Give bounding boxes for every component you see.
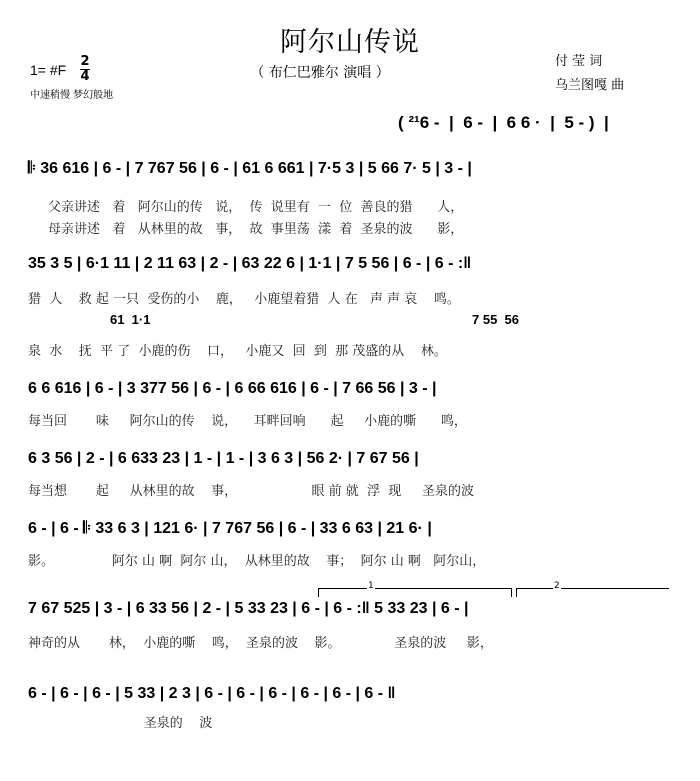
volta-bracket-2: 2	[516, 588, 669, 597]
notation-row-4: 6 3 56 | 2 - | 6 633 23 | 1 - | 1 - | 3 …	[28, 450, 676, 468]
lyrics-row-3: 每当回 味 阿尔山的传 说， 耳畔回响 起 小鹿的嘶 鸣，	[28, 410, 467, 429]
time-sig-top: 2	[80, 54, 89, 69]
lyrics-row-2-verse-2: 泉 水 抚 平 了 小鹿的伤 口， 小鹿又 回 到 那 茂盛的从 林。	[28, 340, 447, 359]
lyrics-row-7: 圣泉的 波	[28, 712, 212, 731]
notation-row-1: 𝄆 36 616 | 6 - | 7 767 56 | 6 - | 61 6 6…	[28, 160, 676, 178]
tempo-marking: 中速稍慢 梦幻般地	[30, 86, 113, 101]
alt-notes-right: 7 55 56	[472, 312, 676, 327]
lyrics-row-6: 神奇的从 林， 小鹿的嘶 鸣， 圣泉的波 影。 圣泉的波 影，	[28, 632, 493, 651]
volta-1-label: 1	[367, 581, 375, 591]
lyricist: 付 莹 词	[555, 50, 624, 74]
credits: 付 莹 词 乌兰图嘎 曲	[555, 50, 624, 98]
time-sig-bottom: 4	[80, 69, 89, 84]
lyrics-row-2-verse-1: 猎 人 救 起 一只 受伤的小 鹿， 小鹿望着猎 人 在 声 声 哀 鸣。	[28, 288, 460, 307]
volta-bracket-1: 1	[318, 588, 512, 597]
lyrics-row-1-verse-2: 母亲讲述 着 从林里的故 事， 故 事里荡 漾 着 圣泉的波 影，	[48, 218, 463, 237]
lyrics-row-5: 影。 阿尔 山 啊 阿尔 山， 从林里的故 事； 阿尔 山 啊 阿尔山，	[28, 550, 485, 569]
notation-row-2: 35 3 5 | 6·1 11 | 2 11 63 | 2 - | 63 22 …	[28, 255, 676, 273]
lyrics-row-4: 每当想 起 从林里的故 事， 眼 前 就 浮 现 圣泉的波	[28, 480, 474, 499]
notation-row-6: 7 67 525 | 3 - | 6 33 56 | 2 - | 5 33 23…	[28, 600, 676, 618]
singer-credit: （ 布仁巴雅尔 演唱 ）	[0, 62, 640, 82]
lyrics-row-1-verse-1: 父亲讲述 着 阿尔山的传 说， 传 说里有 一 位 善良的猎 人，	[48, 196, 463, 215]
key-signature: 1= #F	[30, 62, 66, 78]
notation-row-7: 6 - | 6 - | 6 - | 5 33 | 2 3 | 6 - | 6 -…	[28, 685, 676, 703]
time-signature: 2 4	[80, 56, 90, 83]
notation-row-3: 6 6 616 | 6 - | 3 377 56 | 6 - | 6 66 61…	[28, 380, 676, 398]
volta-2-label: 2	[553, 581, 561, 591]
composer: 乌兰图嘎 曲	[555, 74, 624, 98]
notation-row-5: 6 - | 6 - 𝄆 33 6 3 | 121 6· | 7 767 56 |…	[28, 520, 676, 538]
intro-line: ( ²¹6 - | 6 - | 6 6 · | 5 - ) |	[398, 113, 609, 133]
